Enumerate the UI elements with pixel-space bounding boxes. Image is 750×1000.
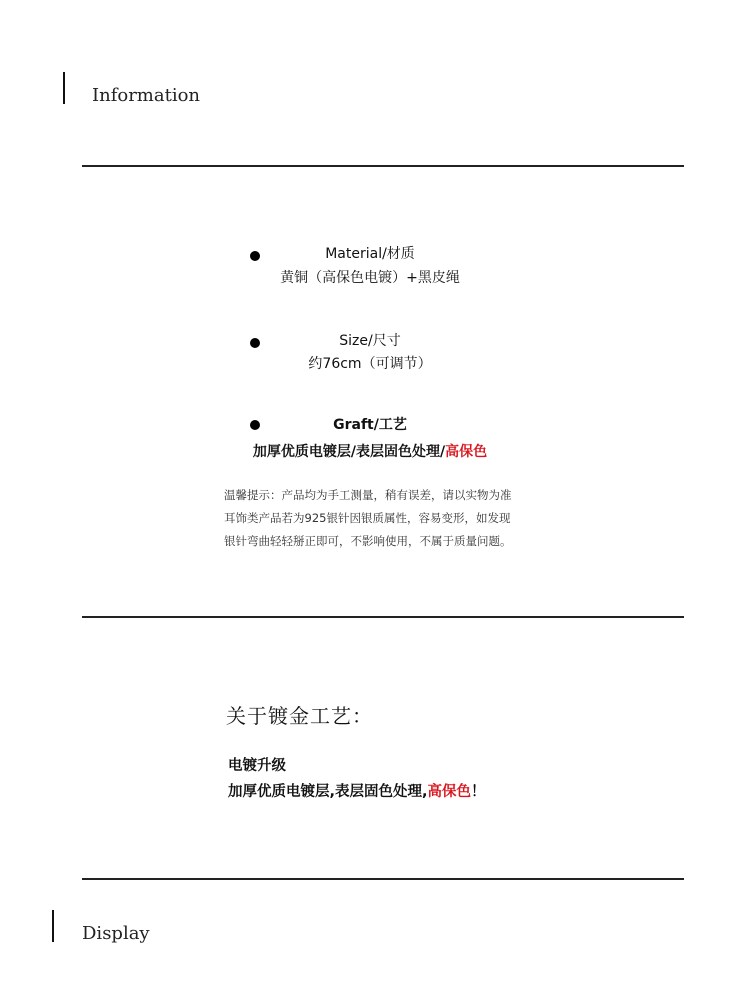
divider	[82, 165, 684, 167]
spec-value-text: 加厚优质电镀层/表层固色处理/	[253, 444, 445, 460]
about-title: 关于镀金工艺：	[226, 700, 373, 729]
about-description-highlight: 高保色	[428, 784, 472, 800]
spec-label: Graft/工艺	[0, 414, 740, 434]
spec-value: 约76cm（可调节）	[0, 353, 740, 373]
about-description-end: ！	[471, 784, 486, 800]
notice-line: 温馨提示：产品均为手工测量，稍有误差，请以实物为准	[224, 484, 554, 507]
section-title-information: Information	[92, 85, 200, 106]
spec-value-highlight: 高保色	[445, 444, 487, 460]
divider	[82, 616, 684, 618]
section-marker-bar	[63, 72, 65, 104]
divider	[82, 878, 684, 880]
notice-text: 温馨提示：产品均为手工测量，稍有误差，请以实物为准 耳饰类产品若为925银针因银…	[224, 484, 554, 553]
spec-value: 加厚优质电镀层/表层固色处理/高保色	[0, 441, 740, 461]
about-subtitle: 电镀升级	[228, 754, 286, 775]
notice-line: 耳饰类产品若为925银针因银质属性，容易变形，如发现	[224, 507, 554, 530]
about-description-text: 加厚优质电镀层,表层固色处理,	[228, 784, 428, 800]
notice-line: 银针弯曲轻轻掰正即可，不影响使用，不属于质量问题。	[224, 530, 554, 553]
section-marker-bar	[52, 910, 54, 942]
spec-label: Size/尺寸	[0, 330, 740, 350]
section-title-display: Display	[82, 923, 150, 944]
spec-value: 黄铜（高保色电镀）+黑皮绳	[0, 267, 740, 287]
about-description: 加厚优质电镀层,表层固色处理,高保色！	[228, 780, 486, 801]
spec-label: Material/材质	[0, 243, 740, 263]
